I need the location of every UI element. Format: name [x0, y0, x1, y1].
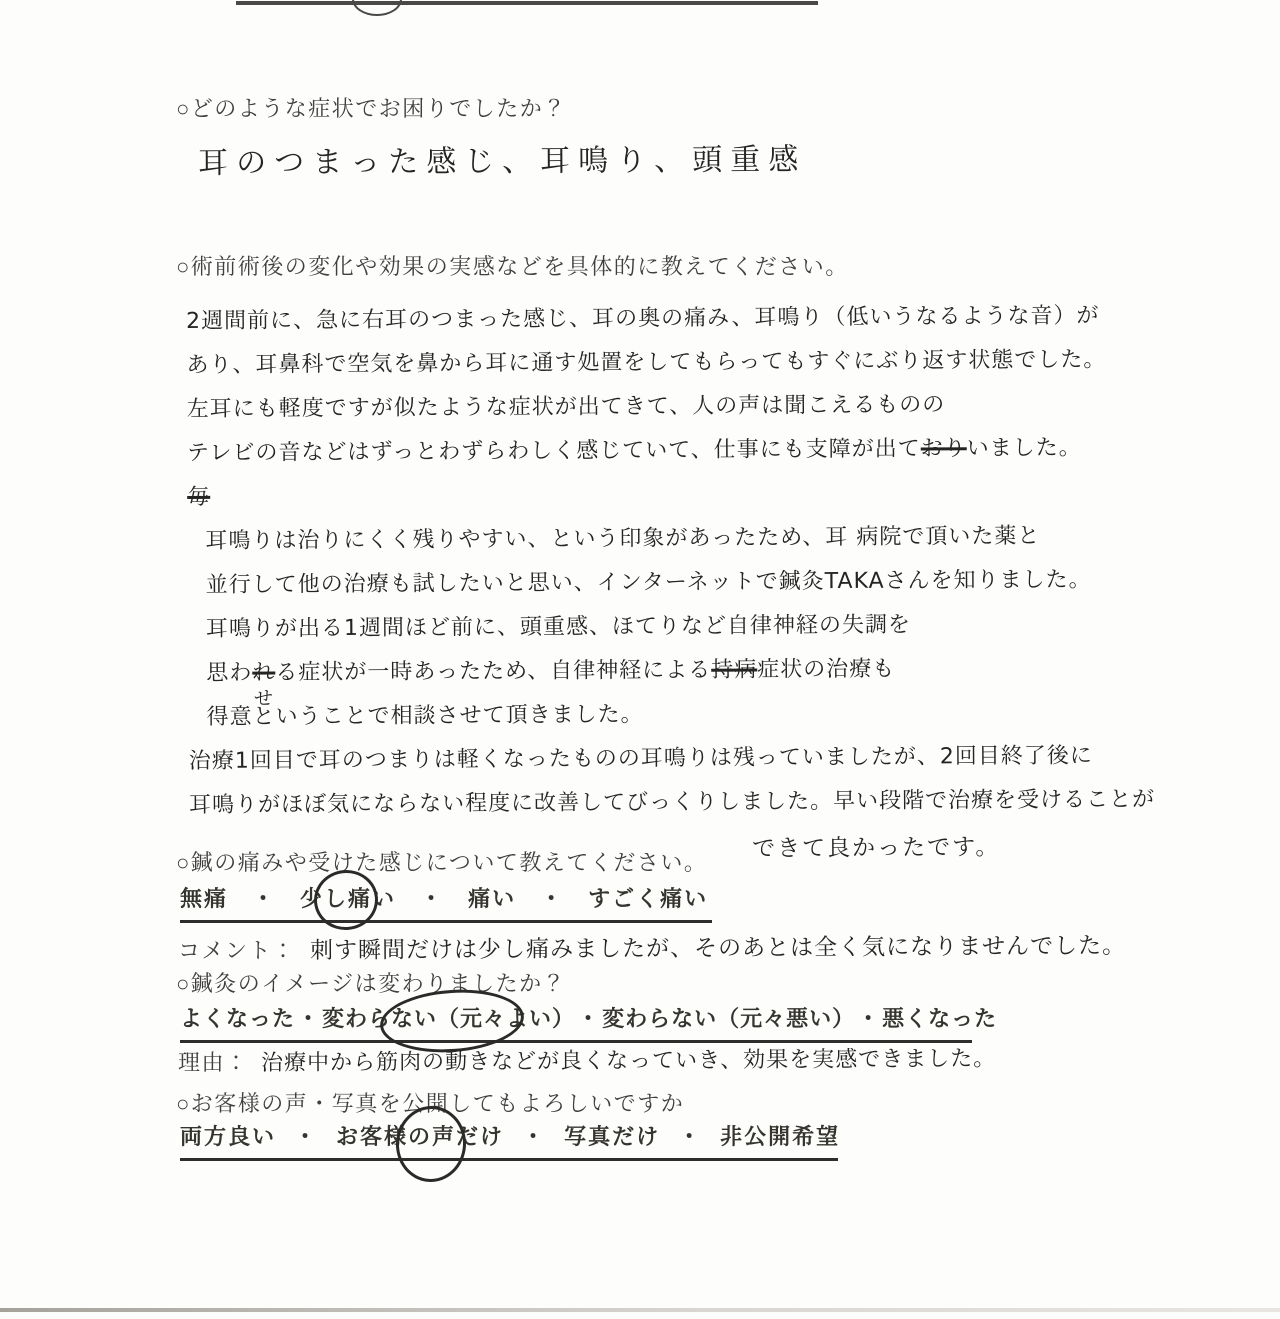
option-separator: ・ — [252, 882, 276, 913]
option-circled-selected: お客様の声だけ — [336, 1120, 504, 1151]
text-segment: 治療1回目で耳のつまりは軽くなったものの耳鳴りは残っていましたが、2回目終了後に — [189, 743, 1093, 774]
publish-options-row: 両方良い・お客様の声だけ・写真だけ・非公開希望 — [180, 1120, 838, 1161]
text-segment: 耳鳴りがほぼ気にならない程度に改善してびっくりしました。早い段階で治療を受けるこ… — [189, 787, 1155, 818]
pain-comment-row: コメント： 刺す瞬間だけは少し痛みましたが、そのあとは全く気になりませんでした。 — [178, 932, 1126, 965]
option-circled-selected: 少し痛い — [300, 882, 396, 913]
text-segment: 左耳にも軽度ですが似たような症状が出てきて、人の声は聞こえるものの — [187, 392, 946, 422]
text-segment: 耳鳴りが出る1週間ほど前に、頭重感、ほてりなど自律神経の失調を — [206, 613, 911, 642]
question-image-label: ○鍼灸のイメージは変わりましたか？ — [176, 967, 566, 998]
option-choice: 無痛 — [180, 882, 228, 913]
comment-handwritten: 刺す瞬間だけは少し痛みましたが、そのあとは全く気になりませんでした。 — [310, 927, 1126, 965]
option-choice: すごく痛い — [588, 882, 708, 913]
handwritten-line: 2週間前に、急に右耳のつまった感じ、耳の奥の痛み、耳鳴り（低いうなるような音）が — [186, 294, 1152, 344]
option-choice: 写真だけ — [564, 1120, 660, 1151]
handwritten-line: 耳鳴りがほぼ気にならない程度に改善してびっくりしました。早い段階で治療を受けるこ… — [189, 778, 1155, 828]
handwritten-line: 治療1回目で耳のつまりは軽くなったものの耳鳴りは残っていましたが、2回目終了後に — [189, 734, 1155, 784]
handwritten-line: 毎 — [187, 470, 1153, 520]
handwritten-line: テレビの音などはずっとわずらわしく感じていて、仕事にも支障が出ておりいました。 — [187, 426, 1153, 476]
text-segment: 耳鳴りは治りにくく残りやすい、という印象があったため、耳 病院で頂いた薬と — [205, 524, 1040, 554]
handwritten-line: 耳鳴りは治りにくく残りやすい、という印象があったため、耳 病院で頂いた薬と — [205, 514, 1153, 564]
answer-symptoms-handwritten: 耳のつまった感じ、耳鳴り、頭重感 — [198, 134, 806, 182]
option-choice: 変わらない（元々悪い） — [602, 1002, 855, 1033]
option-separator: ・ — [577, 1002, 600, 1033]
image-reason-row: 理由： 治療中から筋肉の動きなどが良くなっていき、効果を実感できました。 — [178, 1046, 996, 1077]
option-choice: 両方良い — [180, 1120, 276, 1151]
handwritten-line: 思われせる症状が一時あったため、自律神経による持病症状の治療も — [206, 646, 1154, 696]
option-separator: ・ — [678, 1120, 702, 1151]
option-separator: ・ — [297, 1002, 320, 1033]
pain-options-row: 無痛・少し痛い・痛い・すごく痛い — [180, 882, 712, 923]
text-segment: 症状の治療も — [757, 657, 895, 683]
text-segment: る症状が一時あったため、自律神経による — [275, 658, 711, 686]
struck-out-text: 毎 — [187, 485, 210, 510]
text-segment: 思わ — [206, 661, 252, 686]
handwritten-line: 耳鳴りが出る1週間ほど前に、頭重感、ほてりなど自律神経の失調を — [206, 602, 1154, 652]
answer-changes-handwritten: 2週間前に、急に右耳のつまった感じ、耳の奥の痛み、耳鳴り（低いうなるような音）が… — [186, 294, 1155, 828]
inserted-correction-char: せ — [254, 676, 274, 720]
question-pain-label: ○鍼の痛みや受けた感じについて教えてください。 — [176, 846, 707, 877]
struck-out-text: おり — [921, 436, 967, 461]
option-choice: 痛い — [468, 882, 516, 913]
text-segment: テレビの音などはずっとわずらわしく感じていて、仕事にも支障が出て — [187, 437, 921, 466]
cutoff-circle-mark — [352, 0, 402, 16]
answer-changes-continuation: できて良かったです。 — [752, 828, 1000, 863]
handwritten-line: あり、耳鼻科で空気を鼻から耳に通す処置をしてもらってもすぐにぶり返す状態でした。 — [186, 338, 1152, 388]
option-separator: ・ — [522, 1120, 546, 1151]
option-choice: 非公開希望 — [720, 1120, 840, 1151]
text-segment: あり、耳鼻科で空気を鼻から耳に通す処置をしてもらってもすぐにぶり返す状態でした。 — [186, 347, 1106, 378]
option-choice: よくなった — [180, 1002, 295, 1033]
comment-label: コメント： — [178, 938, 296, 963]
struck-out-text: 持病 — [711, 658, 757, 683]
struck-out-text: れせ — [252, 651, 275, 695]
option-separator: ・ — [294, 1120, 318, 1151]
question-changes-label: ○術前術後の変化や効果の実感などを具体的に教えてください。 — [176, 250, 849, 281]
handwritten-line: 左耳にも軽度ですが似たような症状が出てきて、人の声は聞こえるものの — [187, 382, 1153, 432]
handwritten-line: 得意ということで相談させて頂きました。 — [206, 690, 1154, 740]
text-segment: いました。 — [967, 436, 1082, 462]
handwritten-line: 並行して他の治療も試したいと思い、インターネットで鍼灸TAKAさんを知りました。 — [206, 558, 1154, 608]
text-segment: 2週間前に、急に右耳のつまった感じ、耳の奥の痛み、耳鳴り（低いうなるような音）が — [186, 303, 1099, 334]
question-symptoms-label: ○どのような症状でお困りでしたか？ — [176, 92, 567, 123]
option-circled-selected: 変わらない（元々よい） — [322, 1002, 575, 1033]
option-separator: ・ — [420, 882, 444, 913]
scanned-questionnaire-page: ○どのような症状でお困りでしたか？ 耳のつまった感じ、耳鳴り、頭重感 ○術前術後… — [0, 0, 1280, 1319]
reason-handwritten: 治療中から筋肉の動きなどが良くなっていき、効果を実感できました。 — [261, 1042, 996, 1077]
option-choice: 悪くなった — [882, 1002, 997, 1033]
scan-edge-shadow — [0, 1308, 1280, 1312]
reason-label: 理由： — [178, 1050, 249, 1075]
cutoff-underline — [236, 1, 818, 5]
option-separator: ・ — [540, 882, 564, 913]
image-options-row: よくなった・変わらない（元々よい）・変わらない（元々悪い）・悪くなった — [180, 1002, 972, 1043]
question-publish-label: ○お客様の声・写真を公開してもよろしいですか — [176, 1087, 684, 1118]
text-segment: 並行して他の治療も試したいと思い、インターネットで鍼灸TAKAさんを知りました。 — [206, 567, 1092, 597]
option-separator: ・ — [857, 1002, 880, 1033]
